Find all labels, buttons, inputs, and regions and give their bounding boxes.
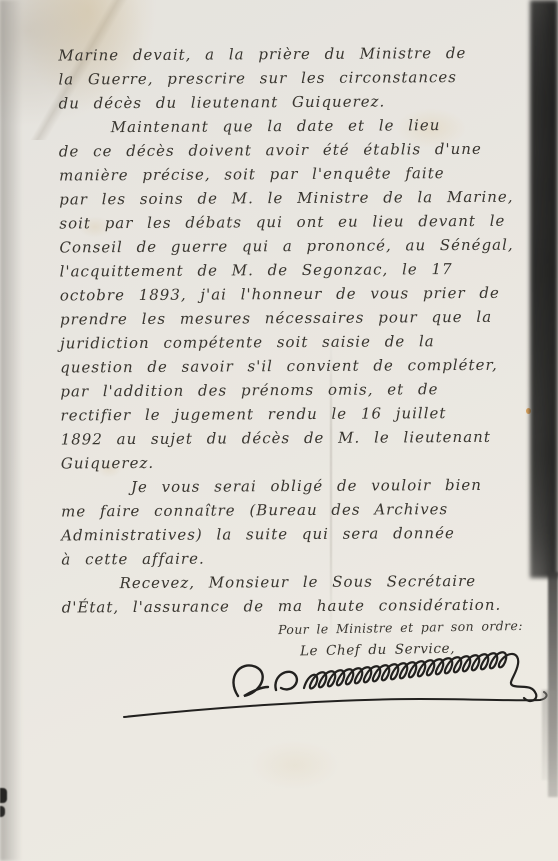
- letter-line: par les soins de M. le Ministre de la Ma…: [59, 185, 533, 212]
- letter-line: prendre les mesures nécessaires pour que…: [60, 305, 534, 332]
- letter-line: octobre 1893, j'ai l'honneur de vous pri…: [60, 281, 534, 308]
- letter-line: question de savoir s'il convient de comp…: [60, 353, 534, 380]
- scan-edge-mark: [0, 806, 5, 817]
- letter-line: Guiquerez.: [61, 449, 535, 476]
- paper-stain: [250, 740, 340, 790]
- scan-edge-mark: [0, 788, 7, 803]
- scanned-letter-page: Marine devait, a la prière du Ministre d…: [0, 0, 558, 861]
- letter-line: Recevez, Monsieur le Sous Secrétaire: [61, 569, 535, 596]
- letter-line: Administratives) la suite qui sera donné…: [61, 521, 535, 548]
- scan-corner-shadow: [542, 690, 556, 780]
- letter-line: du décès du lieutenant Guiquerez.: [59, 89, 533, 116]
- letter-line: à cette affaire.: [61, 545, 535, 572]
- letter-line: manière précise, soit par l'enquête fait…: [59, 161, 533, 188]
- letter-line: par l'addition des prénoms omis, et de: [60, 377, 534, 404]
- letter-line: 1892 au sujet du décès de M. le lieutena…: [61, 425, 535, 452]
- letter-line: d'État, l'assurance de ma haute considér…: [62, 593, 536, 620]
- letter-line: Je vous serai obligé de vouloir bien: [61, 473, 535, 500]
- letter-line: soit par les débats qui ont eu lieu deva…: [59, 209, 533, 236]
- letter-line: rectifier le jugement rendu le 16 juille…: [60, 401, 534, 428]
- closing-authority-line: Pour le Ministre et par son ordre:: [278, 618, 523, 637]
- letter-line: Conseil de guerre qui a prononcé, au Sén…: [59, 233, 533, 260]
- letter-line: la Guerre, prescrire sur les circonstanc…: [58, 65, 532, 92]
- letter-line: l'acquittement de M. de Segonzac, le 17: [60, 257, 534, 284]
- letter-line: Maintenant que la date et le lieu: [59, 113, 533, 140]
- closing-signer-title: Le Chef du Service,: [300, 641, 455, 660]
- scan-edge-right-lower: [548, 572, 558, 797]
- scan-edge-left: [0, 0, 22, 861]
- letter-line: Marine devait, a la prière du Ministre d…: [58, 41, 532, 68]
- letter-line: de ce décès doivent avoir été établis d'…: [59, 137, 533, 164]
- letter-body: Marine devait, a la prière du Ministre d…: [58, 41, 536, 620]
- letter-line: juridiction compétente soit saisie de la: [60, 329, 534, 356]
- letter-line: me faire connaître (Bureau des Archives: [61, 497, 535, 524]
